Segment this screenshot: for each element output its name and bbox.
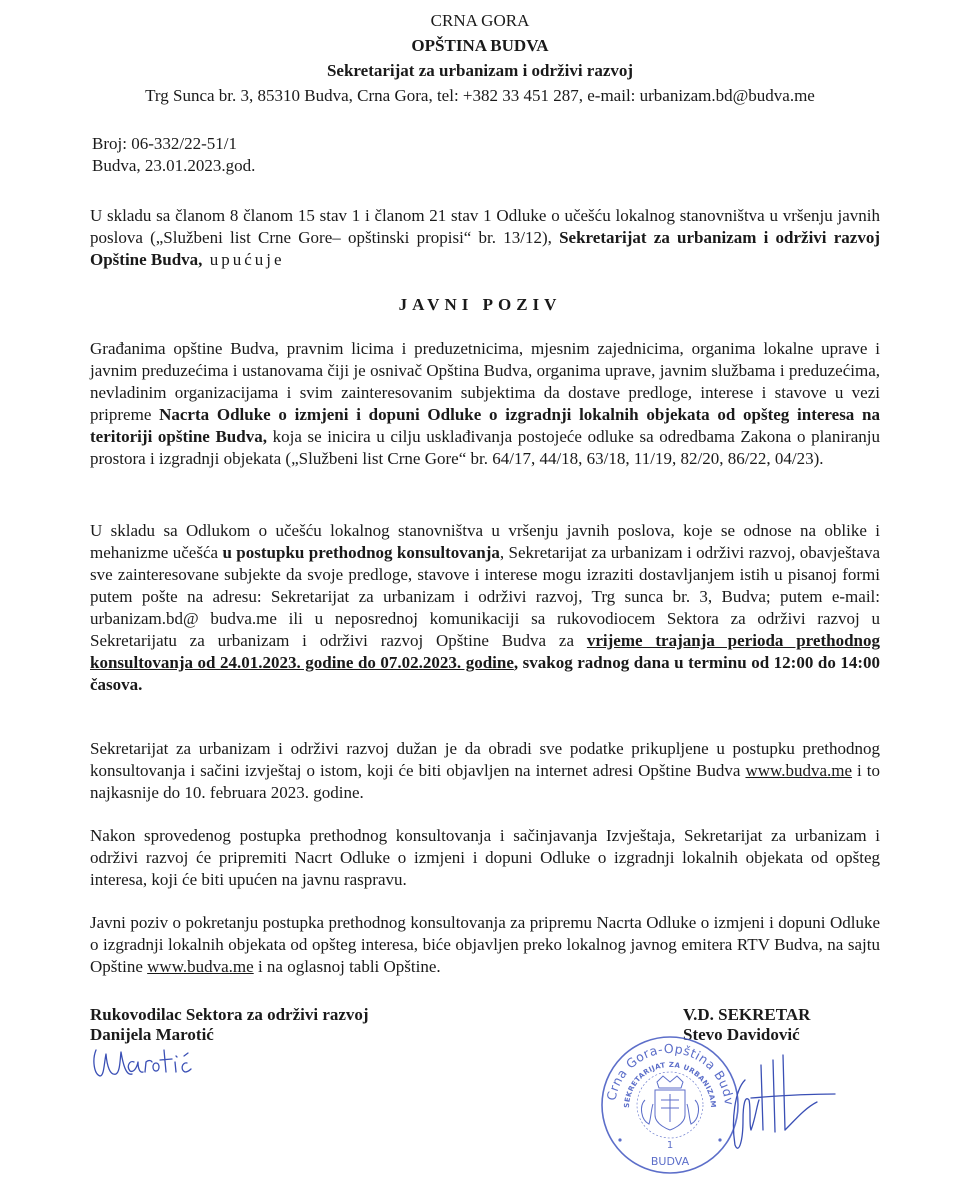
handwritten-signature-right xyxy=(725,1050,845,1160)
letterhead: CRNA GORA OPŠTINA BUDVA Sekretarijat za … xyxy=(0,8,960,108)
country-name: CRNA GORA xyxy=(0,8,960,33)
paragraph5-text-b: i na oglasnoj tabli Opštine. xyxy=(254,957,441,976)
document-title: JAVNI POZIV xyxy=(0,295,960,315)
website-link[interactable]: www.budva.me xyxy=(745,761,852,780)
paragraph-publication: Javni poziv o pokretanju postupka pretho… xyxy=(90,912,880,978)
official-stamp-icon: Crna Gora-Opština Budva SEKRETARIJAT ZA … xyxy=(595,1030,745,1180)
signatory-role-right: V.D. SEKRETAR xyxy=(683,1005,810,1025)
paragraph-consultation: U skladu sa Odlukom o učešću lokalnog st… xyxy=(90,520,880,696)
paragraph4-text: Nakon sprovedenog postupka prethodnog ko… xyxy=(90,826,880,889)
place-date: Budva, 23.01.2023.god. xyxy=(92,155,255,177)
paragraph-report: Sekretarijat za urbanizam i održivi razv… xyxy=(90,738,880,804)
department-name: Sekretarijat za urbanizam i održivi razv… xyxy=(0,58,960,83)
paragraph-draft: Nakon sprovedenog postupka prethodnog ko… xyxy=(90,825,880,891)
website-link[interactable]: www.budva.me xyxy=(147,957,254,976)
paragraph2-bold-a: u postupku prethodnog konsultovanja xyxy=(222,543,499,562)
coat-of-arms-icon xyxy=(642,1076,699,1130)
signatory-role-left: Rukovodilac Sektora za održivi razvoj xyxy=(90,1005,369,1025)
stamp-city: BUDVA xyxy=(651,1155,690,1168)
contact-address: Trg Sunca br. 3, 85310 Budva, Crna Gora,… xyxy=(0,83,960,108)
handwritten-signature-left xyxy=(90,1042,230,1087)
reference-number: Broj: 06-332/22-51/1 xyxy=(92,133,255,155)
intro-paragraph: U skladu sa članom 8 članom 15 stav 1 i … xyxy=(90,205,880,271)
paragraph-invitation: Građanima opštine Budva, pravnim licima … xyxy=(90,338,880,470)
municipality-name: OPŠTINA BUDVA xyxy=(0,33,960,58)
document-reference: Broj: 06-332/22-51/1 Budva, 23.01.2023.g… xyxy=(92,133,255,177)
signature-block-left: Rukovodilac Sektora za održivi razvoj Da… xyxy=(90,1005,369,1045)
intro-verb: upućuje xyxy=(202,250,284,269)
stamp-number: 1 xyxy=(667,1140,673,1151)
